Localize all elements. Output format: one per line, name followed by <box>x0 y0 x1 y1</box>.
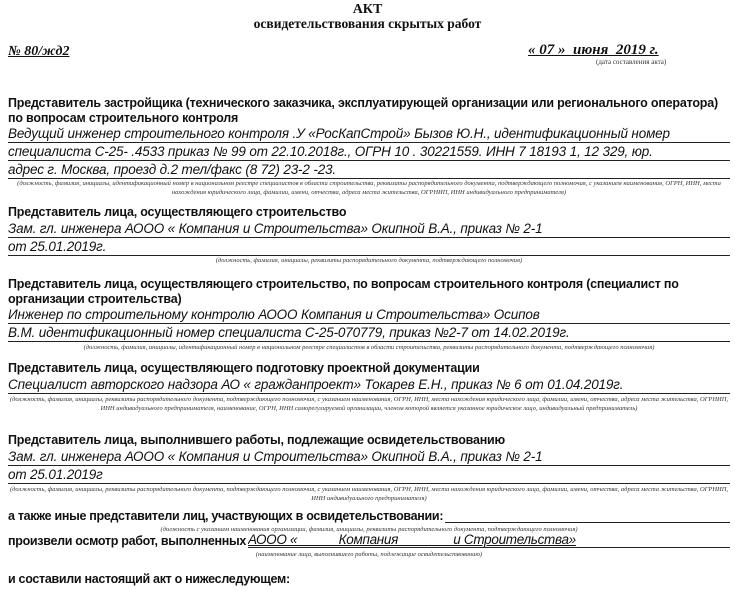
contractor-rep-heading: Представитель лица, выполнившего работы,… <box>8 433 730 448</box>
designer-rep-heading: Представитель лица, осуществляющего подг… <box>8 361 730 376</box>
other-reps-row: а также иные представители лиц, участвую… <box>8 508 730 523</box>
builder-control-rep-heading: Представитель лица, осуществляющего стро… <box>8 277 730 307</box>
other-reps-field[interactable] <box>445 508 730 523</box>
contractor-rep-caption: (должность, фамилия, инициалы, реквизиты… <box>8 485 730 503</box>
builder-rep-line-2: от 25.01.2019г. <box>8 238 730 256</box>
builder-control-rep-line-2: В.М. идентификационный номер специалиста… <box>8 324 730 342</box>
builder-rep-line-1: Зам. гл. инженера АООО « Компания и Стро… <box>8 220 730 238</box>
inspection-label: произвели осмотр работ, выполненных <box>8 534 246 548</box>
builder-control-rep-line-1: Инженер по строительному контролю АООО К… <box>8 306 730 324</box>
act-number: № 80/жд2 <box>8 44 69 60</box>
builder-rep-caption: (должность, фамилия, инициалы, реквизиты… <box>8 256 730 265</box>
document-subtitle: освидетельствования скрытых работ <box>0 16 735 32</box>
developer-rep-caption: (должность, фамилия, инициалы, идентифик… <box>8 179 730 197</box>
contractor-rep-line-1: Зам. гл. инженера АООО « Компания и Стро… <box>8 448 730 466</box>
inspection-value: АООО « Компания и Строительства» <box>248 533 576 547</box>
contractor-rep-line-2: от 25.01.2019г <box>8 466 730 484</box>
developer-rep-line-3: адрес г. Москва, проезд д.2 тел/факс (8 … <box>8 161 730 179</box>
developer-rep-line-1: Ведущий инженер строительного контроля .… <box>8 125 730 143</box>
inspection-field[interactable]: АООО « Компания и Строительства» <box>248 533 730 548</box>
inspection-row: произвели осмотр работ, выполненных АООО… <box>8 533 730 548</box>
designer-rep-caption: (должность, фамилия, инициалы, реквизиты… <box>8 395 730 413</box>
act-date-caption: (дата составления акта) <box>596 58 666 66</box>
closing-statement: и составили настоящий акт о нижеследующе… <box>8 572 730 586</box>
developer-rep-heading: Представитель застройщика (технического … <box>8 96 730 126</box>
builder-control-rep-caption: (должность, фамилия, инициалы, идентифик… <box>8 343 730 352</box>
developer-rep-line-2: специалиста С-25- .4533 приказ № 99 от 2… <box>8 143 730 161</box>
builder-rep-heading: Представитель лица, осуществляющего стро… <box>8 205 730 220</box>
designer-rep-line-1: Специалист авторского надзора АО « гражд… <box>8 376 730 394</box>
inspection-caption: (наименование лица, выполнившего работы,… <box>8 550 730 559</box>
act-date: « 07 » июня 2019 г. <box>528 42 659 59</box>
other-reps-label: а также иные представители лиц, участвую… <box>8 509 443 523</box>
